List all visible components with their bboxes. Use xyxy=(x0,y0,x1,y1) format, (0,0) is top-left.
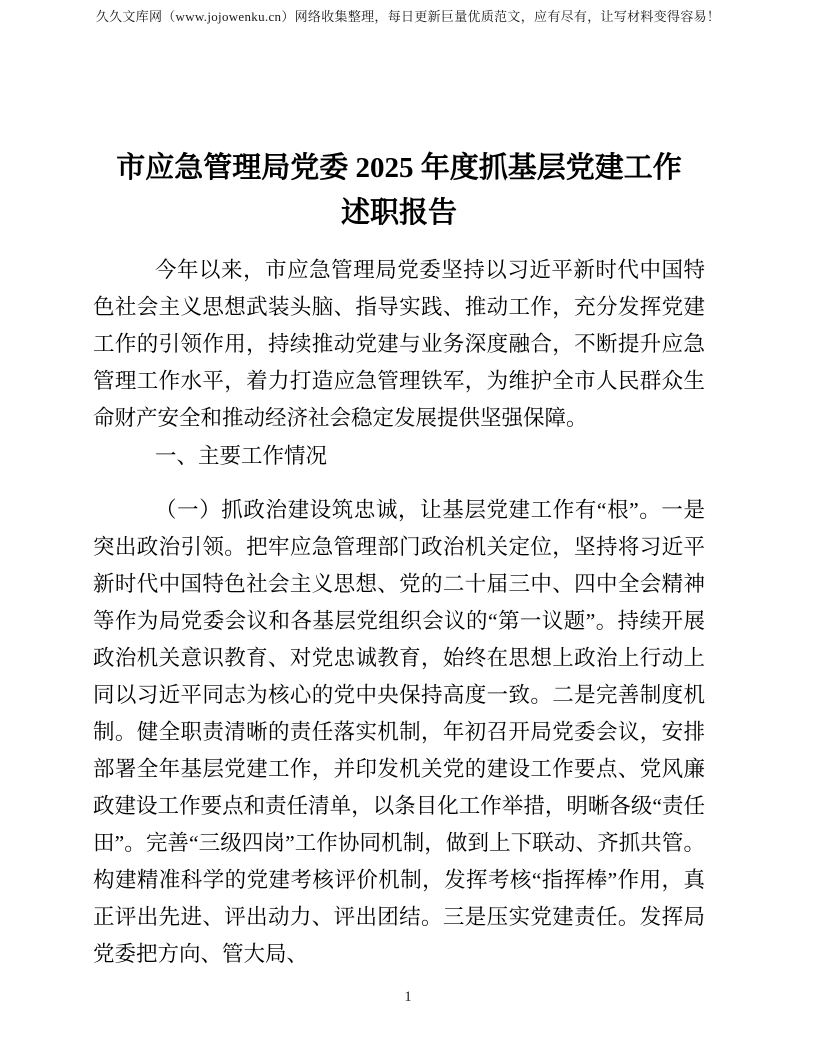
page-number: 1 xyxy=(0,989,816,1006)
section-heading-1: 一、主要工作情况 xyxy=(93,437,705,475)
document-body: 市应急管理局党委 2025 年度抓基层党建工作 述职报告 今年以来，市应急管理局… xyxy=(93,0,705,973)
document-page: 久久文库网（www.jojowenku.cn）网络收集整理，每日更新巨量优质范文… xyxy=(0,0,816,1056)
section-1-paragraph: （一）抓政治建设筑忠诚，让基层党建工作有“根”。一是突出政治引领。把牢应急管理部… xyxy=(93,492,705,973)
document-title: 市应急管理局党委 2025 年度抓基层党建工作 述职报告 xyxy=(93,146,705,236)
intro-paragraph: 今年以来，市应急管理局党委坚持以习近平新时代中国特色社会主义思想武装头脑、指导实… xyxy=(93,252,705,437)
document-title-line-1: 市应急管理局党委 2025 年度抓基层党建工作 xyxy=(93,146,705,191)
document-title-line-2: 述职报告 xyxy=(93,191,705,236)
